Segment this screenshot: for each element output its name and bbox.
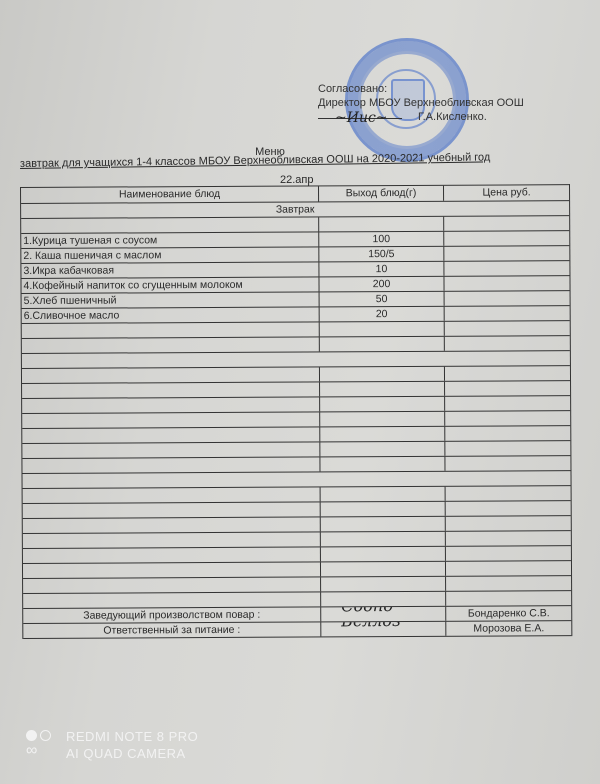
cell-empty — [23, 517, 321, 533]
cell-empty — [445, 381, 570, 396]
cell-empty — [445, 321, 570, 336]
menu-date: 22.апр — [280, 174, 313, 186]
approval-block: Согласовано: Директор МБОУ Верхнеобливск… — [318, 82, 524, 110]
dish-price — [444, 231, 569, 246]
cell-empty — [22, 397, 320, 413]
dish-name: 4.Кофейный напиток со сгущенным молоком — [21, 277, 319, 293]
cell-empty — [321, 487, 446, 502]
cell-empty — [320, 367, 445, 382]
dish-yield: 50 — [320, 292, 445, 307]
dish-yield: 200 — [319, 277, 444, 292]
cell-empty — [445, 411, 570, 426]
cell-empty — [446, 561, 571, 576]
cell-empty — [21, 217, 319, 233]
handwritten-signature: Всллоз — [341, 622, 401, 629]
signature-row-responsible: Ответственный за питание : Всллоз Морозо… — [23, 621, 571, 639]
cell-empty — [446, 486, 571, 501]
cell-empty — [321, 547, 446, 562]
cell-empty — [446, 516, 571, 531]
director-name: Г.А.Кисленко. — [418, 110, 487, 124]
cell-empty — [446, 591, 571, 606]
dish-price — [445, 306, 570, 321]
section-title: Завтрак — [21, 201, 569, 218]
cell-empty — [22, 337, 320, 353]
cell-empty — [446, 576, 571, 591]
camera-logo-icon: ∞ — [26, 730, 56, 760]
cell-empty — [22, 442, 320, 458]
cell-empty — [22, 322, 320, 338]
approval-position: Директор МБОУ Верхнеобливская ООШ — [318, 96, 524, 110]
signature-name: Бондаренко С.В. — [446, 606, 571, 621]
cell-empty — [446, 501, 571, 516]
dish-name: 5.Хлеб пшеничный — [22, 292, 320, 308]
cell-empty — [446, 546, 571, 561]
cell-empty — [444, 216, 569, 231]
cell-empty — [22, 457, 320, 473]
handwritten-signature: Сбонд — [341, 607, 393, 614]
director-signature: ~Иис~ — [335, 110, 388, 126]
watermark-line1: REDMI NOTE 8 PRO — [66, 728, 198, 745]
cell-empty — [22, 367, 320, 383]
cell-empty — [23, 547, 321, 563]
cell-empty — [445, 336, 570, 351]
dish-yield: 100 — [319, 232, 444, 247]
dish-yield: 20 — [320, 307, 445, 322]
cell-empty — [320, 397, 445, 412]
cell-empty — [23, 562, 321, 578]
watermark-text: REDMI NOTE 8 PRO AI QUAD CAMERA — [66, 728, 198, 762]
cell-empty — [22, 427, 320, 443]
cell-empty — [321, 592, 446, 607]
cell-empty — [445, 441, 570, 456]
cell-empty — [23, 471, 571, 488]
approval-label: Согласовано: — [318, 82, 524, 96]
dish-price — [444, 261, 569, 276]
cell-empty — [23, 592, 321, 608]
cell-empty — [320, 427, 445, 442]
watermark-line2: AI QUAD CAMERA — [66, 745, 198, 762]
column-header-price: Цена руб. — [444, 185, 569, 201]
filled-circle-icon — [26, 730, 37, 741]
cell-empty — [445, 426, 570, 441]
cell-empty — [445, 366, 570, 381]
dish-price — [445, 291, 570, 306]
cell-empty — [320, 442, 445, 457]
cell-empty — [321, 502, 446, 517]
cell-empty — [23, 502, 321, 518]
cell-empty — [320, 382, 445, 397]
cell-empty — [321, 577, 446, 592]
cell-empty — [320, 412, 445, 427]
dish-name: 2. Каша пшеничая с маслом — [21, 247, 319, 263]
column-header-dish: Наименование блюд — [21, 186, 319, 203]
cell-empty — [23, 577, 321, 593]
cell-empty — [445, 396, 570, 411]
cell-empty — [319, 217, 444, 232]
dish-price — [444, 276, 569, 291]
menu-table: Наименование блюд Выход блюд(г) Цена руб… — [20, 184, 572, 639]
hollow-circle-icon — [40, 730, 51, 741]
dish-yield: 10 — [319, 262, 444, 277]
signature-name: Морозова Е.А. — [446, 621, 571, 636]
cell-empty — [445, 456, 570, 471]
dish-name: 1.Курица тушеная с соусом — [21, 232, 319, 248]
cell-empty — [22, 412, 320, 428]
cell-empty — [22, 382, 320, 398]
dish-name: 3.Икра кабачковая — [21, 262, 319, 278]
cell-empty — [22, 351, 570, 368]
signature-role: Ответственный за питание : — [23, 622, 321, 638]
cell-empty — [321, 517, 446, 532]
cell-empty — [23, 487, 321, 503]
cell-empty — [321, 562, 446, 577]
cell-empty — [446, 531, 571, 546]
cell-empty — [23, 532, 321, 548]
dish-name: 6.Сливочное масло — [22, 307, 320, 323]
cell-empty — [320, 322, 445, 337]
signature-role: Заведующий произволством повар : — [23, 607, 321, 623]
cell-empty — [321, 532, 446, 547]
dish-yield: 150/5 — [319, 247, 444, 262]
column-header-yield: Выход блюд(г) — [319, 186, 444, 202]
dish-price — [444, 246, 569, 261]
infinity-icon: ∞ — [26, 744, 38, 758]
cell-empty — [320, 337, 445, 352]
signature-cell: Всллоз — [321, 622, 446, 637]
signature-cell: Сбонд — [321, 607, 446, 622]
cell-empty — [320, 457, 445, 472]
